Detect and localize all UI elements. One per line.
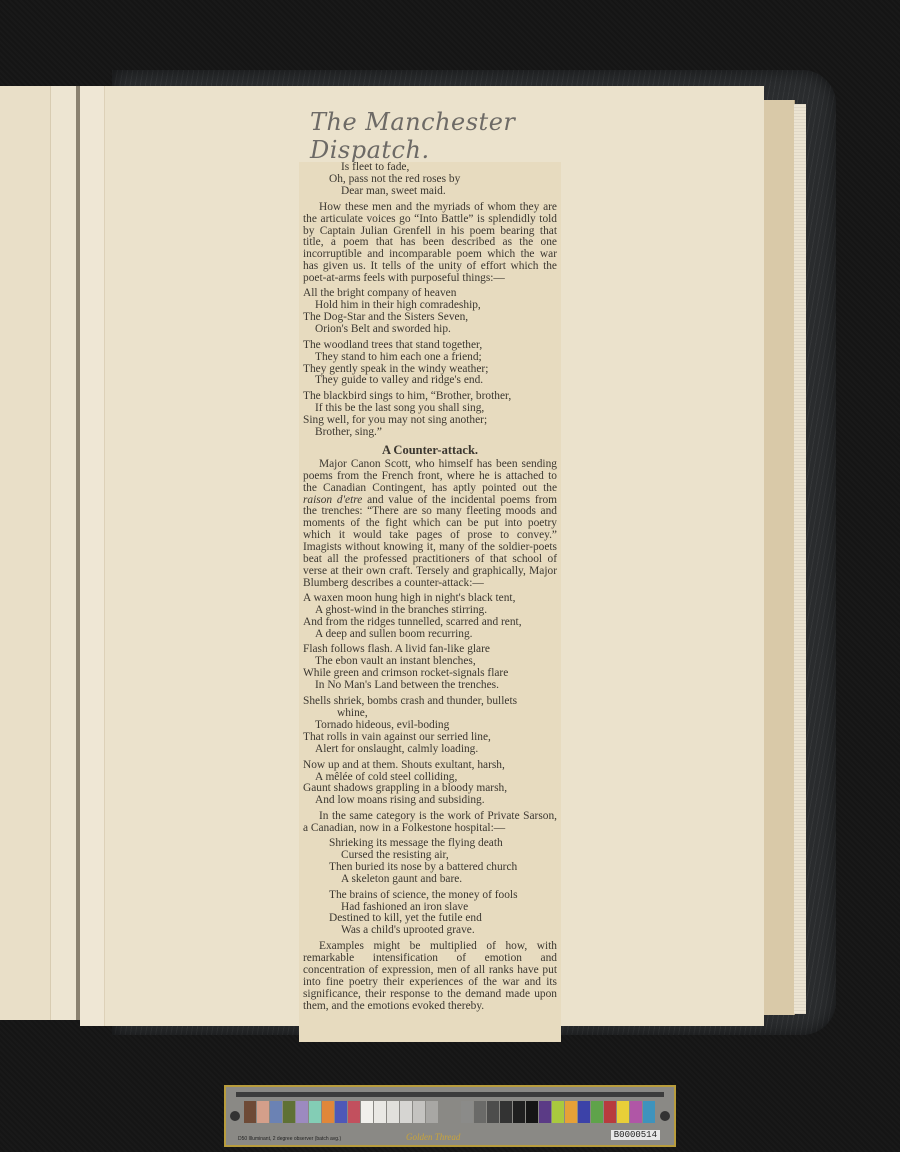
color-swatch	[591, 1101, 603, 1123]
color-swatch	[296, 1101, 308, 1123]
opening-verse: Is fleet to fade, Oh, pass not the red r…	[303, 162, 557, 198]
left-page	[0, 86, 78, 1020]
verse-line: A deep and sullen boom recurring.	[303, 629, 557, 641]
verse-line: Tornado hideous, evil-boding	[303, 720, 557, 732]
verse-line: In No Man's Land between the trenches.	[303, 680, 557, 692]
grenfell-stanza-1: All the bright company of heaven Hold hi…	[303, 288, 557, 336]
right-page-stub	[80, 86, 105, 1026]
color-swatches	[244, 1101, 656, 1123]
sarson-stanza-2: The brains of science, the money of fool…	[303, 890, 557, 938]
color-swatch	[474, 1101, 486, 1123]
sarson-stanza-1: Shrieking its message the flying death C…	[303, 838, 557, 886]
paragraph-counter-attack: Major Canon Scott, who himself has been …	[303, 459, 557, 590]
ruler-scale	[236, 1092, 664, 1097]
color-swatch	[283, 1101, 295, 1123]
text-run: Major Canon Scott, who himself has been …	[303, 458, 557, 494]
color-swatch	[270, 1101, 282, 1123]
paragraph-conclusion: Examples might be multiplied of how, wit…	[303, 941, 557, 1012]
verse-line: Alert for onslaught, calmly loading.	[303, 744, 557, 756]
blumberg-stanza-1: A waxen moon hung high in night's black …	[303, 593, 557, 641]
verse-line: Now up and at them. Shouts exultant, har…	[303, 760, 557, 772]
grenfell-stanza-3: The blackbird sings to him, “Brother, br…	[303, 391, 557, 439]
color-calibration-target: D50 Illuminant, 2 degree observer (batch…	[224, 1085, 676, 1147]
text-run: and value of the incidental poems from t…	[303, 494, 557, 589]
color-swatch	[348, 1101, 360, 1123]
italic-phrase: raison d'etre	[303, 494, 362, 506]
color-swatch	[322, 1101, 334, 1123]
color-swatch	[526, 1101, 538, 1123]
color-swatch	[643, 1101, 655, 1123]
target-caption: D50 Illuminant, 2 degree observer (batch…	[238, 1136, 341, 1142]
color-swatch	[361, 1101, 373, 1123]
target-brand: Golden Thread	[406, 1132, 460, 1142]
color-swatch	[387, 1101, 399, 1123]
blumberg-stanza-4: Now up and at them. Shouts exultant, har…	[303, 760, 557, 808]
handwritten-source: The Manchester Dispatch.	[310, 108, 515, 164]
verse-line: Brother, sing.”	[303, 427, 557, 439]
page-edges	[764, 100, 795, 1015]
blumberg-stanza-2: Flash follows flash. A livid fan-like gl…	[303, 644, 557, 692]
color-swatch	[413, 1101, 425, 1123]
verse-line: And from the ridges tunnelled, scarred a…	[303, 617, 557, 629]
color-swatch	[617, 1101, 629, 1123]
section-heading: A Counter-attack.	[303, 445, 557, 457]
verse-line: The brains of science, the money of fool…	[303, 890, 557, 902]
grenfell-stanza-2: The woodland trees that stand together, …	[303, 340, 557, 388]
color-swatch	[487, 1101, 499, 1123]
verse-line: They guide to valley and ridge's end.	[303, 375, 557, 387]
blumberg-stanza-3: Shells shriek, bombs crash and thunder, …	[303, 696, 557, 756]
color-swatch	[257, 1101, 269, 1123]
color-swatch	[400, 1101, 412, 1123]
verse-line: They stand to him each one a friend;	[303, 352, 557, 364]
target-id-label: B0000514	[611, 1130, 660, 1140]
verse-line: And low moans rising and subsiding.	[303, 795, 557, 807]
color-swatch	[513, 1101, 525, 1123]
target-hole-right	[660, 1111, 670, 1121]
color-swatch	[552, 1101, 564, 1123]
verse-line: The Dog-Star and the Sisters Seven,	[303, 312, 557, 324]
color-swatch	[374, 1101, 386, 1123]
color-swatch	[461, 1101, 473, 1123]
target-hole-left	[230, 1111, 240, 1121]
color-swatch	[578, 1101, 590, 1123]
verse-line: Then buried its nose by a battered churc…	[303, 862, 557, 874]
scrapbook-page: The Manchester Dispatch. 4 October 1916.…	[80, 86, 764, 1026]
color-swatch	[565, 1101, 577, 1123]
verse-line: The woodland trees that stand together,	[303, 340, 557, 352]
verse-line: A ghost-wind in the branches stirring.	[303, 605, 557, 617]
newspaper-clipping: Is fleet to fade, Oh, pass not the red r…	[299, 162, 561, 1042]
color-swatch	[630, 1101, 642, 1123]
color-swatch	[426, 1101, 438, 1123]
verse-line: Was a child's uprooted grave.	[303, 925, 557, 937]
left-page-stub	[50, 86, 77, 1020]
verse-line: A waxen moon hung high in night's black …	[303, 593, 557, 605]
color-swatch	[604, 1101, 616, 1123]
verse-line: Dear man, sweet maid.	[303, 186, 557, 198]
paragraph-sarson: In the same category is the work of Priv…	[303, 811, 557, 835]
verse-line: That rolls in vain against our serried l…	[303, 732, 557, 744]
color-swatch	[539, 1101, 551, 1123]
color-swatch	[500, 1101, 512, 1123]
paragraph-into-battle: How these men and the myriads of whom th…	[303, 202, 557, 285]
verse-line: A skeleton gaunt and bare.	[303, 874, 557, 886]
verse-line: Orion's Belt and sworded hip.	[303, 324, 557, 336]
page-edges-inner	[794, 104, 806, 1014]
color-swatch	[244, 1101, 256, 1123]
color-swatch	[335, 1101, 347, 1123]
color-swatch	[309, 1101, 321, 1123]
